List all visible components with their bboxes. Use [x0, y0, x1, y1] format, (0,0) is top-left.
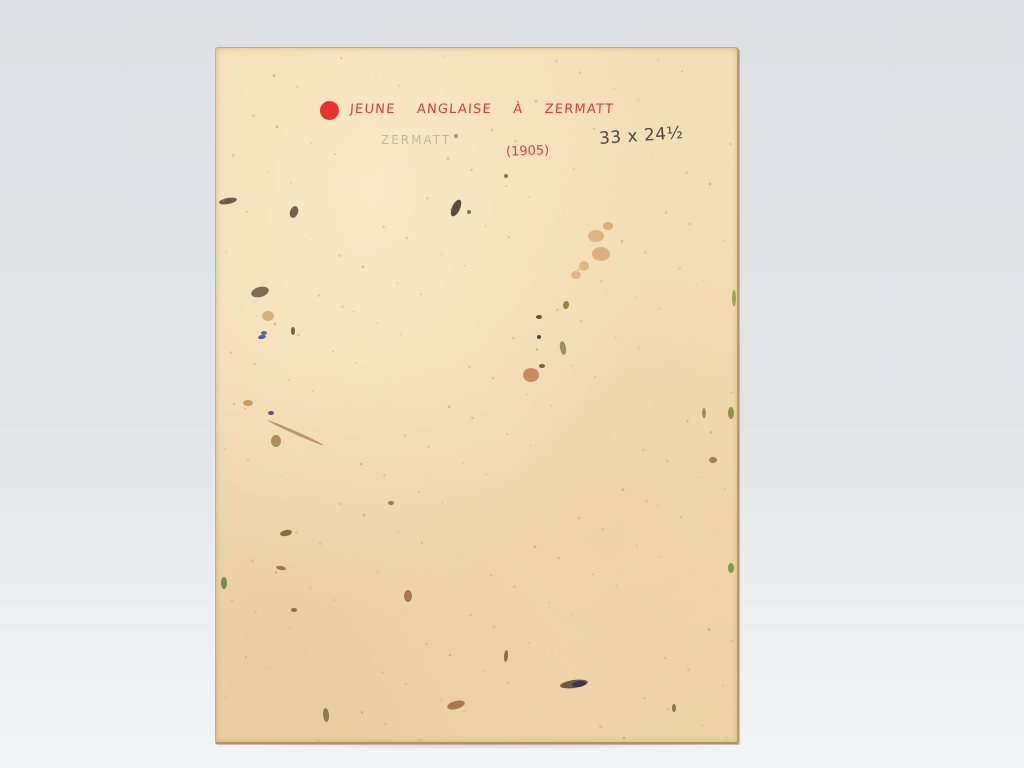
speckle: [360, 463, 363, 466]
speckle: [505, 185, 507, 187]
speckle: [370, 419, 371, 420]
speckle: [310, 588, 312, 590]
speckle: [608, 185, 609, 186]
speckle: [225, 696, 227, 698]
speckle: [566, 710, 567, 711]
speckle: [565, 462, 566, 463]
paint-spot: [258, 334, 267, 339]
speckle: [725, 736, 727, 738]
speckle: [635, 297, 637, 299]
speckle: [636, 545, 638, 547]
speckle: [642, 448, 645, 451]
speckle: [276, 126, 279, 129]
speckle: [441, 254, 443, 256]
speckle: [317, 740, 320, 742]
title-word: JEUNE: [349, 102, 396, 117]
paint-spot: [268, 411, 274, 415]
speckle: [630, 641, 631, 642]
painting-title-inscription: JEUNE ANGLAISE À ZERMATT: [349, 102, 630, 117]
speckle: [269, 668, 271, 670]
paint-spot: [219, 196, 238, 205]
speckle: [610, 681, 611, 682]
paint-spot: [728, 407, 734, 419]
paint-spot: [388, 501, 394, 505]
speckle: [377, 571, 379, 573]
speckle: [404, 434, 407, 437]
speckle: [609, 433, 610, 434]
speckle: [240, 307, 241, 308]
speckle: [400, 333, 402, 335]
speckle: [224, 448, 226, 450]
speckle: [288, 379, 290, 381]
speckle: [506, 434, 508, 436]
speckle: [456, 559, 457, 560]
speckle: [550, 405, 552, 407]
paint-spot: [291, 608, 297, 612]
speckle: [398, 531, 400, 533]
speckle: [449, 654, 452, 657]
speckle: [312, 391, 314, 393]
speckle: [665, 211, 668, 214]
paint-spot: [579, 261, 589, 271]
speckle: [231, 600, 234, 603]
speckle: [621, 240, 624, 243]
speckle: [436, 599, 437, 600]
speckle: [599, 725, 602, 728]
speckle: [580, 320, 583, 323]
paint-spot: [250, 285, 270, 299]
speckle: [702, 725, 704, 727]
speckle: [295, 531, 298, 534]
speckle: [722, 685, 724, 687]
speckle: [284, 279, 285, 280]
speckle: [368, 616, 369, 617]
speckle: [499, 282, 500, 283]
speckle: [253, 363, 256, 366]
speckle: [498, 727, 499, 728]
speckle: [260, 713, 261, 714]
speckle: [523, 293, 524, 294]
speckle: [501, 84, 502, 85]
speckle: [658, 59, 660, 61]
speckle: [223, 199, 225, 201]
speckle: [425, 643, 428, 646]
speckle: [289, 628, 291, 630]
speckle: [392, 627, 393, 628]
speckle: [480, 570, 481, 571]
speckle: [311, 142, 313, 144]
speckle: [679, 268, 681, 270]
speckle: [244, 408, 246, 410]
speckle: [390, 130, 391, 131]
speckle: [500, 530, 501, 531]
paint-spot: [449, 198, 464, 218]
speckle: [622, 488, 625, 491]
title-word: ZERMATT: [544, 102, 614, 117]
speckle: [443, 56, 445, 58]
title-word: À: [513, 102, 524, 117]
speckle: [356, 362, 358, 364]
speckle: [729, 143, 732, 146]
speckle: [556, 308, 559, 311]
speckle: [333, 599, 335, 601]
speckle: [493, 625, 496, 628]
red-dot-sticker: [320, 101, 339, 120]
speckle: [521, 490, 522, 491]
speckle: [586, 670, 587, 671]
speckle: [419, 739, 421, 741]
speckle: [716, 87, 717, 88]
speckle: [448, 406, 451, 409]
speckle: [548, 602, 550, 604]
speckle: [694, 325, 695, 326]
speckle: [348, 656, 349, 657]
speckle: [715, 533, 716, 534]
speckle: [369, 170, 370, 171]
speckle: [376, 322, 378, 324]
speckle: [718, 584, 719, 585]
paint-spot: [562, 301, 569, 310]
speckle: [660, 556, 662, 558]
speckle: [399, 85, 401, 87]
speckle: [666, 460, 669, 463]
speckle: [652, 156, 653, 157]
paint-spot: [672, 704, 676, 712]
speckle: [381, 671, 384, 674]
speckle: [232, 154, 235, 157]
paint-spot: [467, 210, 471, 214]
speckle: [478, 73, 479, 74]
paint-spot: [709, 457, 717, 463]
paint-spots: [216, 48, 737, 742]
speckle: [304, 684, 305, 685]
speckle: [623, 737, 626, 740]
speckle: [577, 269, 580, 272]
paint-spot: [504, 174, 508, 178]
speckle: [325, 199, 326, 200]
speckle: [421, 542, 423, 544]
speckle: [274, 323, 277, 326]
speckle: [492, 377, 495, 380]
speckle: [362, 266, 365, 269]
speckle: [426, 197, 429, 200]
speckle: [463, 711, 465, 713]
speckle: [471, 417, 474, 420]
speckle: [528, 642, 530, 644]
paint-spot: [537, 335, 541, 339]
speckle: [486, 473, 488, 475]
speckle: [411, 339, 412, 340]
speckle: [657, 505, 659, 507]
speckle: [508, 236, 510, 238]
speckle: [631, 196, 632, 197]
paint-spot: [221, 577, 227, 589]
speckle: [701, 476, 703, 478]
speckle: [536, 348, 539, 351]
speckle: [268, 419, 270, 421]
speckle: [723, 239, 725, 241]
speckle: [543, 253, 544, 254]
speckle: [643, 697, 646, 700]
speckle: [382, 226, 385, 229]
speckle: [479, 322, 480, 323]
speckle: [406, 237, 409, 240]
speckle: [687, 668, 690, 671]
speckle: [544, 501, 545, 502]
speckle: [354, 559, 356, 561]
speckle: [468, 366, 471, 369]
speckle: [659, 308, 661, 310]
speckle: [585, 422, 586, 423]
speckle: [217, 296, 218, 297]
speckle: [283, 724, 284, 725]
speckle: [708, 628, 711, 631]
paint-spot: [702, 408, 706, 418]
speckle: [246, 211, 248, 213]
speckle: [332, 351, 334, 353]
paint-spot: [536, 315, 542, 319]
speckle: [534, 546, 537, 549]
speckle: [349, 210, 350, 211]
speckle: [361, 711, 364, 714]
speckle: [730, 391, 733, 394]
paint-spot: [523, 368, 539, 382]
speckle: [673, 364, 674, 365]
paint-spot: [243, 400, 253, 406]
paint-spot: [603, 222, 613, 230]
speckle: [245, 656, 247, 658]
speckle: [709, 183, 712, 186]
speckle: [347, 407, 348, 408]
speckle: [695, 573, 696, 574]
speckle: [688, 223, 691, 226]
speckle: [680, 516, 682, 518]
speckle: [724, 488, 726, 490]
speckle: [710, 431, 713, 434]
speckle: [273, 74, 276, 77]
speckle: [527, 394, 529, 396]
speckle: [685, 171, 688, 174]
speckle: [645, 500, 648, 503]
paint-spot: [262, 311, 274, 321]
paint-spot: [288, 205, 300, 219]
speckle: [371, 667, 372, 668]
speckle: [607, 630, 608, 631]
speckle: [464, 265, 466, 267]
speckle: [296, 86, 299, 89]
speckle: [405, 683, 408, 686]
speckle: [555, 60, 558, 63]
speckle: [247, 459, 249, 461]
paint-spot: [261, 331, 267, 335]
year-inscription: (1905): [506, 143, 550, 159]
paint-spot: [454, 134, 458, 138]
speckle: [252, 114, 255, 117]
speckle: [435, 350, 436, 351]
speckle: [319, 543, 322, 546]
speckle: [306, 487, 307, 488]
speckle: [653, 404, 654, 405]
speckle: [275, 571, 278, 574]
speckle: [412, 587, 413, 588]
speckle: [239, 59, 240, 60]
speckle: [326, 447, 327, 448]
speckle: [327, 696, 328, 697]
speckle: [263, 70, 264, 71]
speckle: [261, 267, 262, 268]
speckle: [440, 699, 442, 701]
speckle: [696, 127, 697, 128]
paint-spot: [503, 650, 508, 662]
speckle: [341, 305, 344, 308]
paint-spot: [539, 364, 545, 368]
speckle: [353, 311, 355, 313]
speckle: [491, 129, 494, 132]
speckle: [254, 611, 257, 614]
pencil-location-note: ZERMATT: [381, 133, 451, 147]
speckle: [384, 722, 387, 725]
speckle: [588, 473, 589, 474]
paint-spot: [322, 708, 329, 722]
speckle: [664, 657, 667, 660]
paint-spot: [571, 271, 581, 279]
speckle: [305, 239, 306, 240]
speckle: [594, 376, 596, 378]
speckle: [593, 128, 595, 130]
speckle: [512, 337, 515, 340]
title-word: ANGLAISE: [416, 102, 492, 117]
speckle: [530, 445, 532, 447]
speckle: [686, 420, 689, 423]
speckle: [447, 157, 450, 160]
speckle: [363, 514, 366, 517]
speckle: [629, 393, 630, 394]
speckle: [391, 379, 392, 380]
painting-board-back: JEUNE ANGLAISE À ZERMATT ZERMATT (1905) …: [215, 47, 739, 744]
speckle: [514, 140, 517, 143]
speckle: [251, 560, 254, 563]
speckle: [542, 699, 543, 700]
paint-spot: [588, 230, 604, 242]
speckle: [226, 251, 228, 253]
speckle: [615, 336, 617, 338]
speckle: [697, 376, 698, 377]
paint-spot: [404, 590, 412, 602]
speckle: [450, 208, 453, 211]
speckle: [638, 348, 640, 350]
speckle: [318, 294, 321, 297]
speckle: [572, 613, 574, 615]
speckle: [219, 99, 220, 100]
speckle: [681, 71, 683, 73]
speckle: [674, 613, 675, 614]
speckle: [485, 225, 487, 227]
speckle: [731, 640, 734, 643]
speckle: [587, 224, 588, 225]
speckle: [393, 182, 394, 183]
speckle: [313, 639, 315, 641]
speckle: [616, 585, 618, 587]
speckle: [375, 74, 377, 76]
speckle: [340, 57, 343, 60]
speckle: [230, 351, 233, 354]
speckle: [469, 614, 472, 617]
speckle: [290, 182, 292, 184]
speckle: [571, 365, 573, 367]
speckle: [672, 116, 673, 117]
paint-spot: [280, 529, 293, 537]
speckle: [703, 279, 705, 281]
speckle: [470, 168, 473, 171]
speckle: [267, 171, 269, 173]
speckle: [334, 154, 336, 156]
speckle: [579, 71, 582, 74]
paint-spot: [592, 247, 610, 261]
speckle: [600, 280, 603, 283]
speckle: [484, 671, 486, 673]
speckle: [216, 48, 217, 49]
speckle: [601, 528, 604, 531]
speckle: [297, 334, 300, 337]
paint-spot: [732, 290, 736, 306]
speckle: [462, 462, 464, 464]
speckle: [282, 476, 283, 477]
paint-spot: [276, 565, 287, 571]
speckle: [507, 682, 509, 684]
speckle: [383, 474, 386, 477]
speckle: [651, 602, 652, 603]
speckle: [513, 585, 516, 588]
speckle: [339, 503, 342, 506]
speckle: [557, 557, 560, 560]
paint-spot: [291, 327, 295, 335]
speckle: [303, 436, 304, 437]
speckle: [529, 196, 531, 198]
speckle: [573, 168, 575, 170]
speckle: [418, 491, 420, 493]
speckle: [281, 227, 282, 228]
speckle: [455, 310, 456, 311]
speckle: [442, 502, 444, 504]
speckle: [218, 544, 219, 545]
speckle: [414, 390, 415, 391]
speckle: [551, 653, 553, 655]
speckle: [397, 282, 399, 284]
paint-spot: [446, 699, 465, 711]
speckle: [592, 574, 594, 576]
speckle: [427, 445, 430, 448]
paint-spot: [728, 563, 734, 573]
speckle: [564, 213, 565, 214]
speckle: [477, 519, 478, 520]
speckle: [522, 739, 523, 740]
speckle: [490, 574, 493, 577]
speckle: [338, 254, 341, 257]
speckle: [717, 336, 718, 337]
speckle: [644, 251, 647, 254]
paint-spot: [559, 341, 567, 356]
speckle: [614, 88, 616, 90]
speckle: [238, 504, 239, 505]
speckle: [262, 516, 263, 517]
speckle: [233, 403, 236, 406]
speckle: [420, 294, 422, 296]
speckle: [578, 517, 581, 520]
speckle: [520, 242, 521, 243]
speckle: [637, 99, 639, 101]
paint-spot: [271, 435, 281, 447]
speckle: [667, 708, 670, 711]
